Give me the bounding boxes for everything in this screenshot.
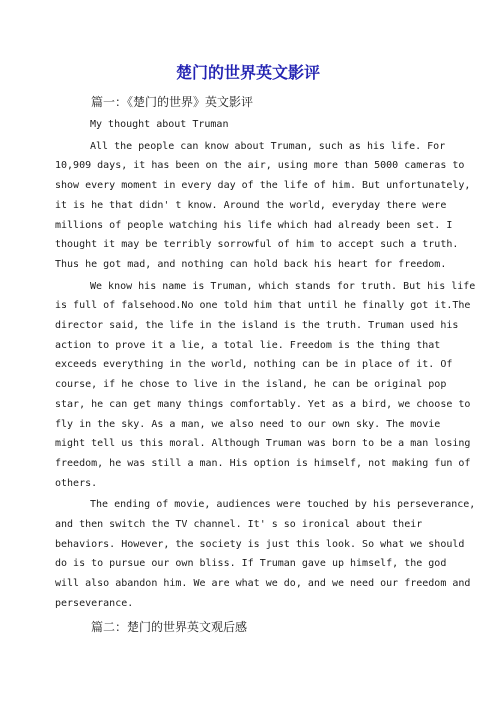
essay-paragraph-3: The ending of movie, audiences were touc… xyxy=(55,495,475,613)
text-column: 篇一：《楚门的世界》英文影评 My thought about Truman A… xyxy=(55,92,475,638)
section-1-heading: 篇一：《楚门的世界》英文影评 xyxy=(55,92,475,113)
essay-title: My thought about Truman xyxy=(55,115,475,135)
document-page: 楚门的世界英文影评 篇一：《楚门的世界》英文影评 My thought abou… xyxy=(0,0,496,702)
section-2-heading: 篇二：楚门的世界英文观后感 xyxy=(55,617,475,638)
essay-paragraph-1: All the people can know about Truman, su… xyxy=(55,137,475,275)
essay-paragraph-2: We know his name is Truman, which stands… xyxy=(55,277,475,494)
document-title: 楚门的世界英文影评 xyxy=(0,60,496,86)
